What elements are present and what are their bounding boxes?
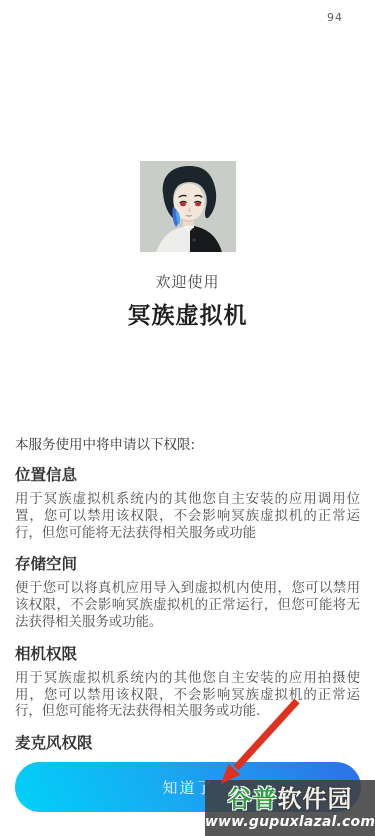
permission-desc-camera: 用于冥族虚拟机系统内的其他您自主安装的应用拍摄使用，您可以禁用该权限，不会影响冥… [15, 671, 360, 721]
watermark-url: www.gupuxlazal.com [205, 813, 375, 831]
welcome-text: 欢迎使用 [0, 271, 375, 292]
app-title: 冥族虚拟机 [0, 297, 375, 330]
battery-indicator: 94 [327, 11, 343, 24]
watermark-logo: 谷普软件园 [228, 785, 353, 813]
watermark-badge: 谷普软件园 www.gupuxlazal.com [205, 780, 375, 836]
avatar-image [140, 161, 236, 252]
watermark-brand-green: 谷普 [228, 785, 278, 813]
permission-title-microphone: 麦克风权限 [15, 734, 360, 752]
watermark-brand-light: 软件园 [278, 785, 353, 813]
welcome-permissions-screen: 94 欢迎使用 冥族虚拟机 本服务使用中将申请以下权限: [0, 0, 375, 836]
permissions-list: 本服务使用中将申请以下权限: 位置信息 用于冥族虚拟机系统内的其他您自主安装的应… [15, 437, 360, 760]
permission-title-location: 位置信息 [15, 466, 360, 484]
permission-desc-location: 用于冥族虚拟机系统内的其他您自主安装的应用调用位置，您可以禁用该权限，不会影响冥… [15, 492, 360, 542]
permissions-intro: 本服务使用中将申请以下权限: [15, 437, 360, 453]
permission-title-camera: 相机权限 [15, 645, 360, 663]
permission-desc-storage: 便于您可以将真机应用导入到虚拟机内使用，您可以禁用该权限，不会影响冥族虚拟机的正… [15, 581, 360, 631]
permission-title-storage: 存储空间 [15, 555, 360, 573]
